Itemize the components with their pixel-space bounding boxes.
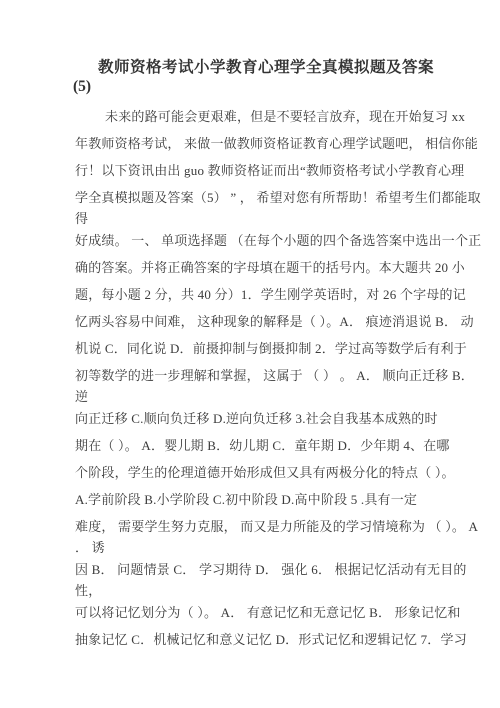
document-title-line-1: 教师资格考试小学教育心理学全真模拟题及答案 [75, 58, 429, 77]
text-line: 初等数学的进一步理解和掌握， 这属于 （ ） 。 A． 顺向正迁移 B． [75, 362, 427, 389]
text-line: 可以将记忆划分为（ ）。 A． 有意记忆和无意记忆 B． 形象记忆和 [75, 599, 427, 626]
text-line: 抽象记忆 C．机械记忆和意义记忆 D．形式记忆和逻辑记忆 7．学习 [75, 626, 427, 653]
document-title: 教师资格考试小学教育心理学全真模拟题及答案 (5) [75, 58, 429, 96]
text-line: 题，每小题 2 分，共 40 分）1．学生刚学英语时，对 26 个字母的记 [75, 281, 427, 308]
text-line: 机说 C．同化说 D．前摄抑制与倒摄抑制 2．学过高等数学后有利于 [75, 335, 427, 362]
text-line: 学全真模拟题及答案（5） ” ， 希望对您有所帮助！希望考生们都能取 [75, 184, 427, 211]
text-line: 行！以下资讯由出 guo 教师资格证而出“教师资格考试小学教育心理 [75, 157, 427, 184]
document-page: 教师资格考试小学教育心理学全真模拟题及答案 (5) 未来的路可能会更艰难，但是不… [0, 0, 500, 708]
text-line: 期在（ ）。 A．婴儿期 B．幼儿期 C．童年期 D．少年期 4、在哪 [75, 432, 427, 459]
text-line: 忆两头容易中间难， 这种现象的解释是（ ）。A． 痕迹消退说 B． 动 [75, 308, 427, 335]
text-line: A.学前阶段 B.小学阶段 C.初中阶段 D.高中阶段 5 .具有一定 [75, 486, 427, 513]
document-body: 未来的路可能会更艰难，但是不要轻言放弃，现在开始复习 xx年教师资格考试， 来做… [75, 103, 427, 653]
text-line: 向正迁移 C.顺向负迁移 D.逆向负迁移 3.社会自我基本成熟的时 [75, 405, 427, 432]
text-line: 性， [75, 583, 427, 599]
text-line: 年教师资格考试， 来做一做教师资格证教育心理学试题吧， 相信你能 [75, 130, 427, 157]
text-line: 好成绩。 一、 单项选择题 （在每个小题的四个备选答案中选出一个正 [75, 227, 427, 254]
text-line: 逆 [75, 389, 427, 405]
text-line: 个阶段，学生的伦理道德开始形成但又具有两极分化的特点（ ）。 [75, 459, 427, 486]
text-line: 确的答案。并将正确答案的字母填在题干的括号内。本大题共 20 小 [75, 254, 427, 281]
document-title-line-2: (5) [73, 77, 429, 96]
text-line: 未来的路可能会更艰难，但是不要轻言放弃，现在开始复习 xx [75, 103, 427, 130]
text-line: 得 [75, 211, 427, 227]
text-line: 难度， 需要学生努力克服， 而又是力所能及的学习情境称为 （ ）。 A [75, 513, 427, 540]
text-line: 因 B． 问题情景 C． 学习期待 D． 强化 6． 根据记忆活动有无目的 [75, 556, 427, 583]
text-line: ． 诱 [75, 540, 427, 556]
